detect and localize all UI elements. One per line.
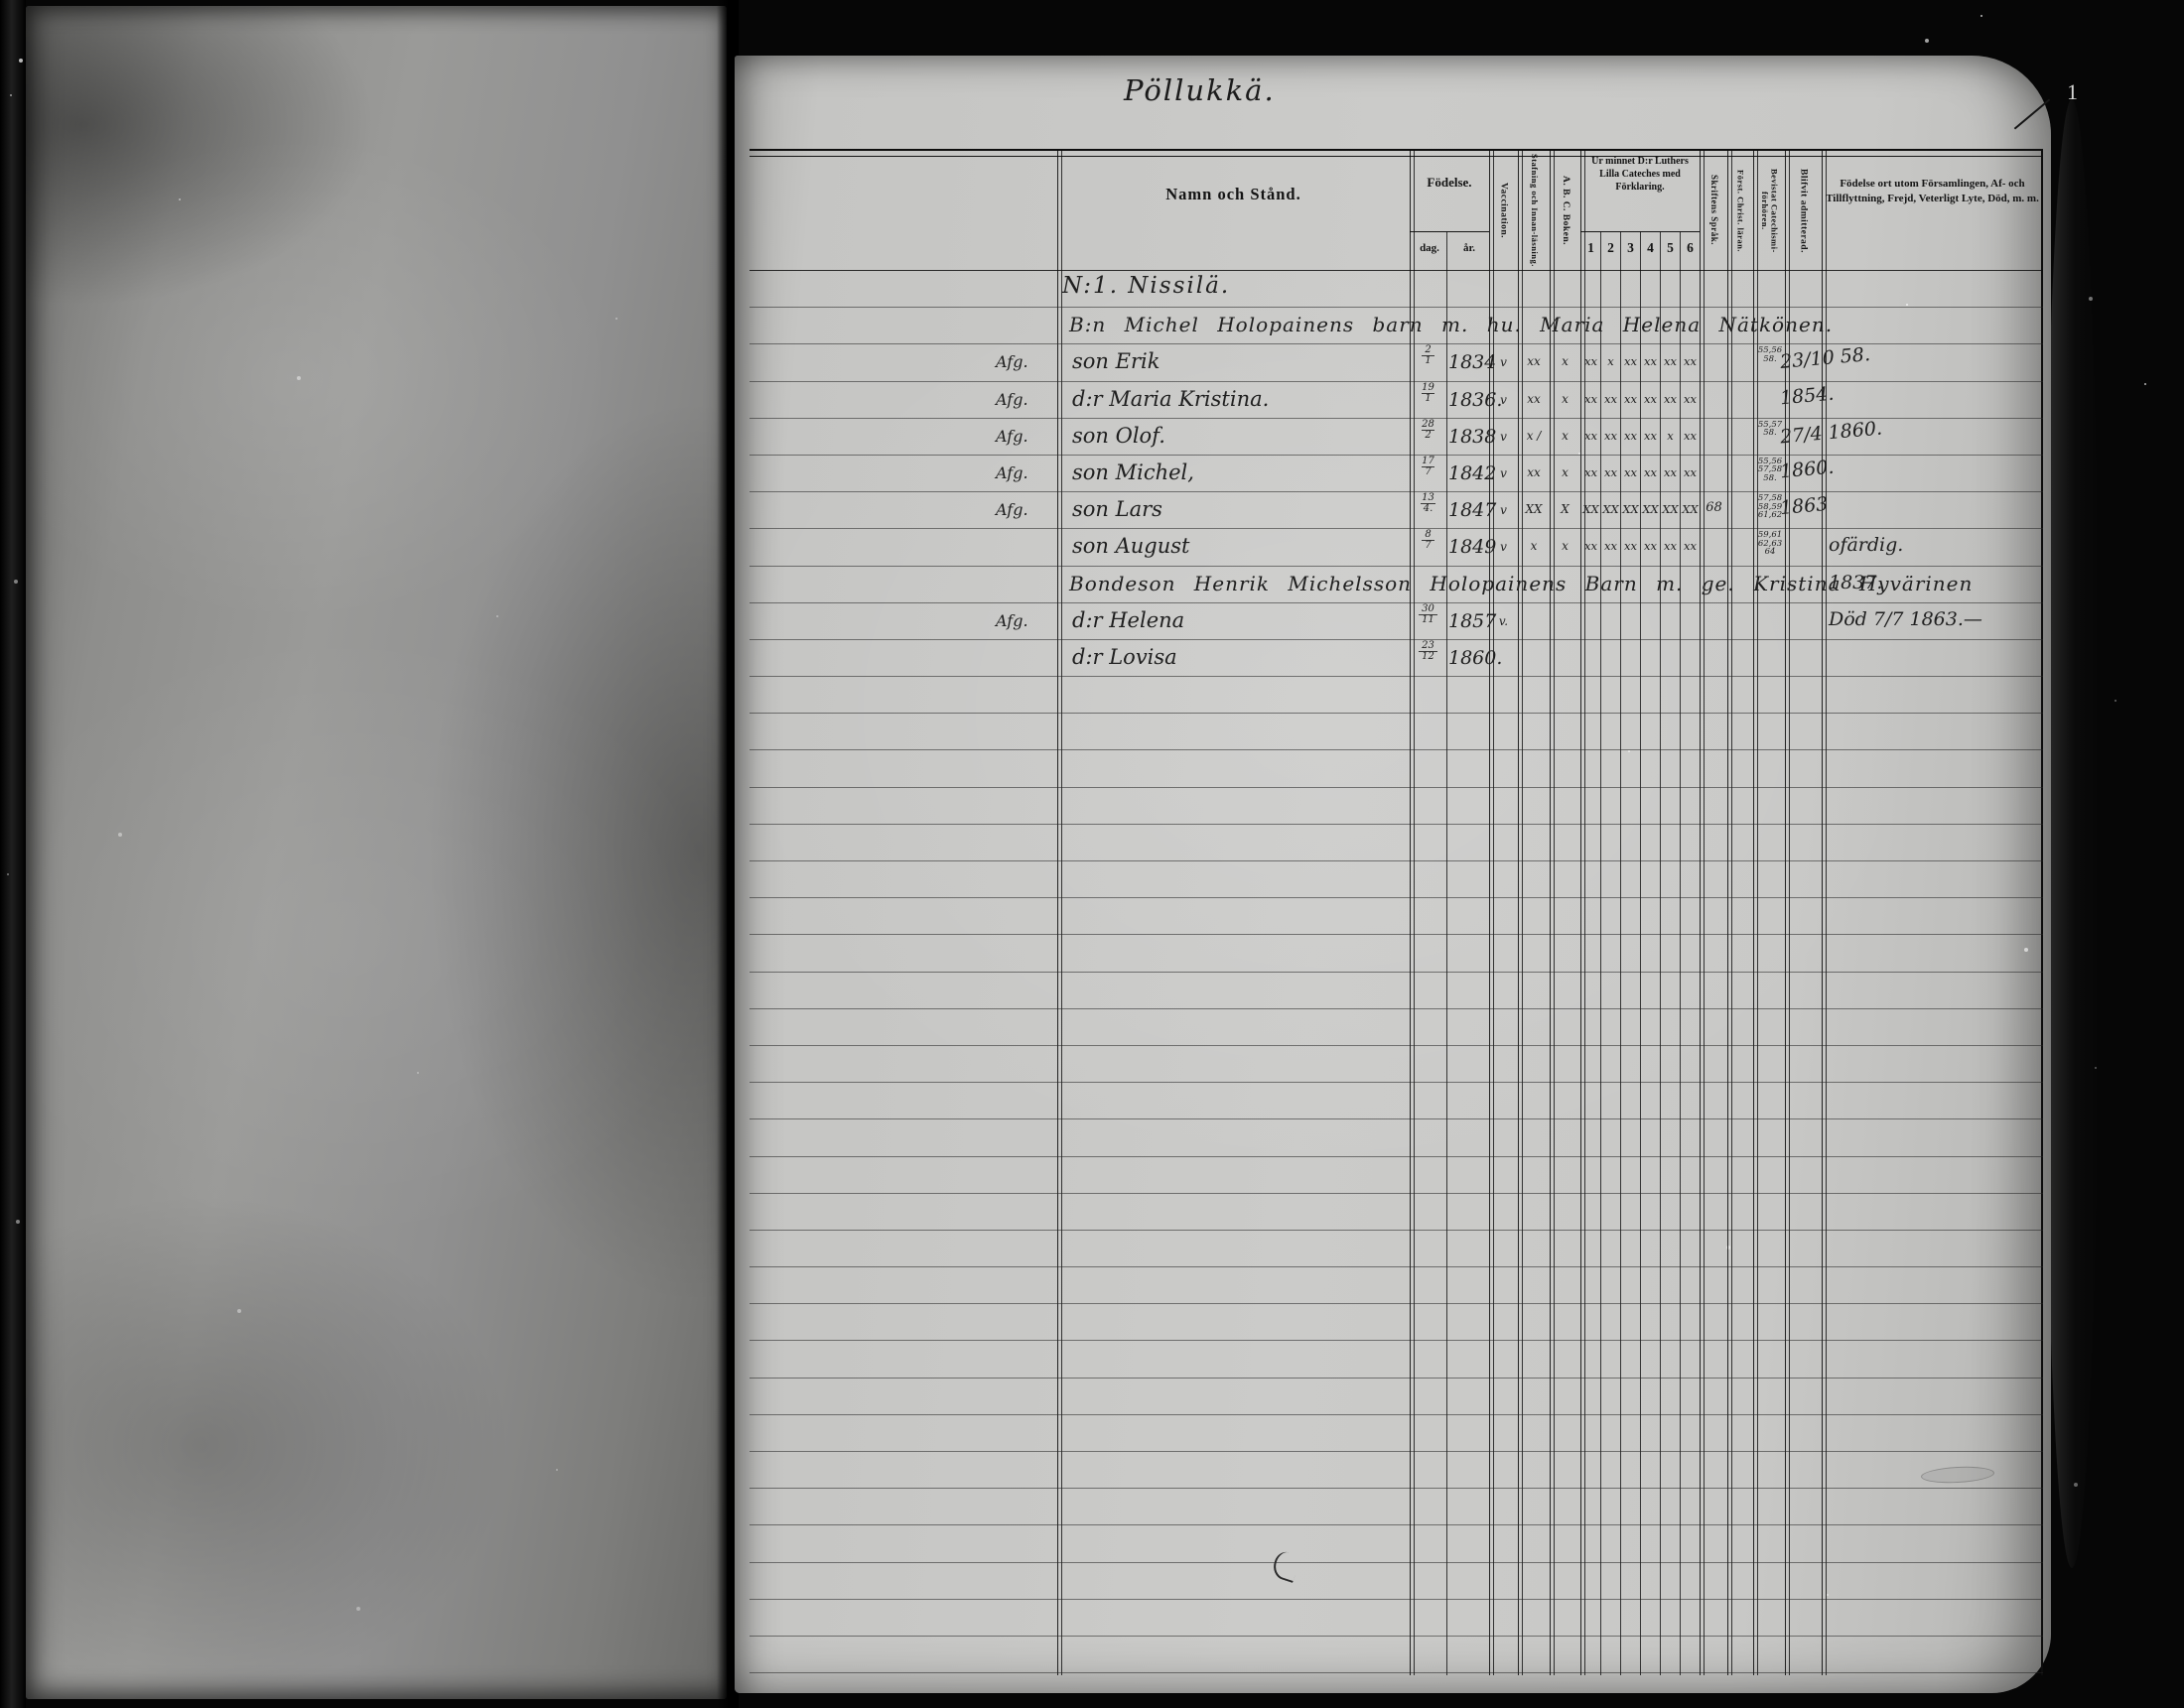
catechism-mark: xx bbox=[1621, 392, 1640, 406]
birth-year: 1849 bbox=[1448, 536, 1490, 558]
table-row: Bondeson Henrik Michelsson Holopainens B… bbox=[750, 567, 2043, 603]
catechism-mark: xx bbox=[1581, 465, 1600, 479]
abc-mark: x bbox=[1551, 392, 1579, 406]
birth-year: 1842 bbox=[1448, 462, 1490, 484]
table-row-empty bbox=[750, 1341, 2043, 1378]
birth-year: 1838 bbox=[1448, 426, 1490, 448]
abc-mark: X bbox=[1551, 502, 1579, 516]
row-name: son Lars bbox=[1072, 497, 1162, 521]
row-name: B:n Michel Holopainens barn m. hu. Maria… bbox=[1069, 313, 1833, 336]
spelling-mark: xx bbox=[1519, 465, 1549, 479]
book-cover bbox=[26, 6, 727, 1699]
spelling-mark: xx bbox=[1519, 354, 1549, 368]
row-margin-note: Afg. bbox=[996, 463, 1028, 482]
catechism-mark: xx bbox=[1681, 354, 1700, 368]
catechism-mark: xx bbox=[1581, 392, 1600, 406]
table-row: Afg.son Olof.2821838vx /xxxxxxxxxxxx55,5… bbox=[750, 419, 2043, 456]
catechism-mark: xx bbox=[1661, 392, 1680, 406]
table-row-empty bbox=[750, 1452, 2043, 1489]
catechism-mark: xx bbox=[1681, 429, 1700, 443]
remarks-note: Död 7/7 1863.— bbox=[1829, 608, 1982, 630]
catechism-mark: xx bbox=[1661, 354, 1680, 368]
catechism-mark: xx bbox=[1661, 465, 1680, 479]
table-row-empty bbox=[750, 973, 2043, 1009]
noise-specks-background bbox=[1980, 15, 1982, 17]
table-row-empty bbox=[750, 750, 2043, 787]
table-row: Afg.son Lars134.1847vXXXXXXXXXXXXXXX6857… bbox=[750, 492, 2043, 529]
birth-day: 177 bbox=[1411, 457, 1445, 477]
catechism-mark: xx bbox=[1641, 465, 1660, 479]
catechism-mark: xx bbox=[1581, 429, 1600, 443]
scripture-mark: 68 bbox=[1701, 500, 1727, 515]
table-row-empty bbox=[750, 714, 2043, 750]
abc-mark: x bbox=[1551, 429, 1579, 443]
admitted-year: 1860. bbox=[1779, 457, 1835, 483]
table-rows: N:1. Nissilä.B:n Michel Holopainens barn… bbox=[750, 270, 2043, 1673]
row-name: N:1. Nissilä. bbox=[1062, 273, 1230, 299]
birth-year: 1857 bbox=[1448, 610, 1490, 632]
vaccination-mark: v bbox=[1490, 466, 1517, 480]
catechism-mark: xx bbox=[1601, 465, 1620, 479]
vaccination-mark: v bbox=[1490, 540, 1517, 554]
remarks-note: 1837. bbox=[1829, 572, 1882, 593]
catechism-mark: xx bbox=[1601, 539, 1620, 553]
abc-mark: x bbox=[1551, 539, 1579, 553]
catechism-mark: xx bbox=[1601, 392, 1620, 406]
table-row-empty bbox=[750, 935, 2043, 972]
catechism-mark: xx bbox=[1641, 539, 1660, 553]
vaccination-mark: v bbox=[1490, 430, 1517, 444]
table-row-empty bbox=[750, 1267, 2043, 1304]
table-row-empty bbox=[750, 861, 2043, 898]
spelling-mark: x / bbox=[1519, 429, 1549, 443]
table-row-empty bbox=[750, 825, 2043, 861]
admitted-year: 1854. bbox=[1779, 382, 1835, 409]
table-row-empty bbox=[750, 1046, 2043, 1083]
abc-mark: x bbox=[1551, 465, 1579, 479]
catechism-mark: xx bbox=[1621, 465, 1640, 479]
row-margin-note: Afg. bbox=[996, 611, 1028, 630]
table-row: d:r Lovisa23121860. bbox=[750, 640, 2043, 677]
table-row-empty bbox=[750, 1600, 2043, 1637]
row-margin-note: Afg. bbox=[996, 352, 1028, 371]
catechism-mark: XX bbox=[1681, 502, 1700, 516]
page-edge-glow bbox=[2043, 99, 2101, 1568]
table-row-empty bbox=[750, 1563, 2043, 1600]
catechism-mark: XX bbox=[1601, 502, 1620, 516]
ledger-page: Pöllukkä. Namn och Stå bbox=[735, 56, 2051, 1693]
catechism-mark: xx bbox=[1681, 465, 1700, 479]
birth-year: 1847 bbox=[1448, 499, 1490, 521]
photographed-ledger: Pöllukkä. Namn och Stå bbox=[0, 0, 2184, 1708]
birth-day: 21 bbox=[1411, 345, 1445, 366]
catechism-mark: x bbox=[1601, 354, 1620, 368]
spelling-mark: xx bbox=[1519, 392, 1549, 406]
table-row-empty bbox=[750, 677, 2043, 714]
catechism-mark: xx bbox=[1581, 539, 1600, 553]
table-row: Afg.son Michel,1771842vxxxxxxxxxxxxxxx55… bbox=[750, 456, 2043, 492]
table-row-empty bbox=[750, 898, 2043, 935]
table-row: Afg.d:r Helena30111857v.Död 7/7 1863.— bbox=[750, 603, 2043, 640]
catechism-mark: xx bbox=[1641, 354, 1660, 368]
vaccination-mark: v bbox=[1490, 393, 1517, 407]
row-name: d:r Helena bbox=[1072, 608, 1184, 632]
catechism-mark: XX bbox=[1621, 502, 1640, 516]
table-row-empty bbox=[750, 1525, 2043, 1562]
admitted-year: 27/4 1860. bbox=[1779, 417, 1883, 448]
catechism-mark: xx bbox=[1601, 429, 1620, 443]
table-row-empty bbox=[750, 788, 2043, 825]
spelling-mark: x bbox=[1519, 539, 1549, 553]
spelling-mark: XX bbox=[1519, 502, 1549, 516]
row-name: son Olof. bbox=[1072, 424, 1165, 448]
catechism-mark: xx bbox=[1681, 392, 1700, 406]
catechism-mark: XX bbox=[1661, 502, 1680, 516]
table-row-empty bbox=[750, 1119, 2043, 1156]
row-margin-note: Afg. bbox=[996, 427, 1028, 446]
catechism-mark: XX bbox=[1581, 502, 1600, 516]
table-row: son August871849vxxxxxxxxxxxxxx59,61 62,… bbox=[750, 529, 2043, 566]
catechism-mark: XX bbox=[1641, 502, 1660, 516]
table-row-empty bbox=[750, 1379, 2043, 1415]
table-row: N:1. Nissilä. bbox=[750, 271, 2043, 308]
table-row-empty bbox=[750, 1304, 2043, 1341]
table-row: Afg.d:r Maria Kristina.1911836.vxxxxxxxx… bbox=[750, 382, 2043, 419]
catechism-mark: xx bbox=[1661, 539, 1680, 553]
birth-day: 87 bbox=[1411, 530, 1445, 551]
exams-years: 59,61 62,63 64 bbox=[1755, 531, 1785, 557]
catechism-mark: xx bbox=[1641, 392, 1660, 406]
row-margin-note: Afg. bbox=[996, 390, 1028, 409]
row-margin-note: Afg. bbox=[996, 500, 1028, 519]
birth-day: 3011 bbox=[1411, 604, 1445, 625]
vaccination-mark: v bbox=[1490, 503, 1517, 517]
remarks-note: ofärdig. bbox=[1829, 534, 1903, 556]
admitted-year: 1863 bbox=[1779, 493, 1829, 519]
catechism-mark: x bbox=[1661, 429, 1680, 443]
table-row: B:n Michel Holopainens barn m. hu. Maria… bbox=[750, 308, 2043, 344]
table-row-empty bbox=[750, 1009, 2043, 1046]
admitted-year: 23/10 58. bbox=[1779, 343, 1871, 373]
table-row: Afg.son Erik211834vxxxxxxxxxxxxxx55,56 5… bbox=[750, 344, 2043, 381]
abc-mark: x bbox=[1551, 354, 1579, 368]
vaccination-mark: v bbox=[1490, 355, 1517, 369]
table-row-empty bbox=[750, 1415, 2043, 1452]
table-row-empty bbox=[750, 1083, 2043, 1119]
row-name: son Erik bbox=[1072, 349, 1160, 373]
catechism-mark: xx bbox=[1621, 354, 1640, 368]
birth-year: 1836. bbox=[1448, 389, 1490, 411]
catechism-mark: xx bbox=[1621, 429, 1640, 443]
row-name: son Michel, bbox=[1072, 460, 1194, 484]
pen-slash-mark bbox=[2014, 98, 2051, 129]
row-name: d:r Maria Kristina. bbox=[1072, 387, 1269, 411]
catechism-mark: xx bbox=[1641, 429, 1660, 443]
page-title: Pöllukkä. bbox=[1124, 73, 1276, 107]
table-row-empty bbox=[750, 1157, 2043, 1194]
table-row-empty bbox=[750, 1194, 2043, 1231]
table-row-empty bbox=[750, 1489, 2043, 1525]
table-row-empty bbox=[750, 1637, 2043, 1673]
photo-left-edge bbox=[0, 0, 26, 1708]
page-number: 1 bbox=[2067, 79, 2078, 105]
vaccination-mark: v. bbox=[1490, 614, 1517, 628]
birth-year: 1860. bbox=[1448, 647, 1490, 669]
row-name: son August bbox=[1072, 534, 1190, 558]
catechism-mark: xx bbox=[1681, 539, 1700, 553]
birth-day: 2312 bbox=[1411, 641, 1445, 662]
birth-day: 191 bbox=[1411, 383, 1445, 404]
birth-year: 1834 bbox=[1448, 351, 1490, 373]
catechism-mark: xx bbox=[1581, 354, 1600, 368]
noise-specks-cover bbox=[179, 198, 181, 200]
birth-day: 134. bbox=[1411, 493, 1445, 514]
birth-day: 282 bbox=[1411, 420, 1445, 441]
table-row-empty bbox=[750, 1231, 2043, 1267]
catechism-mark: xx bbox=[1621, 539, 1640, 553]
row-name: d:r Lovisa bbox=[1072, 645, 1177, 669]
